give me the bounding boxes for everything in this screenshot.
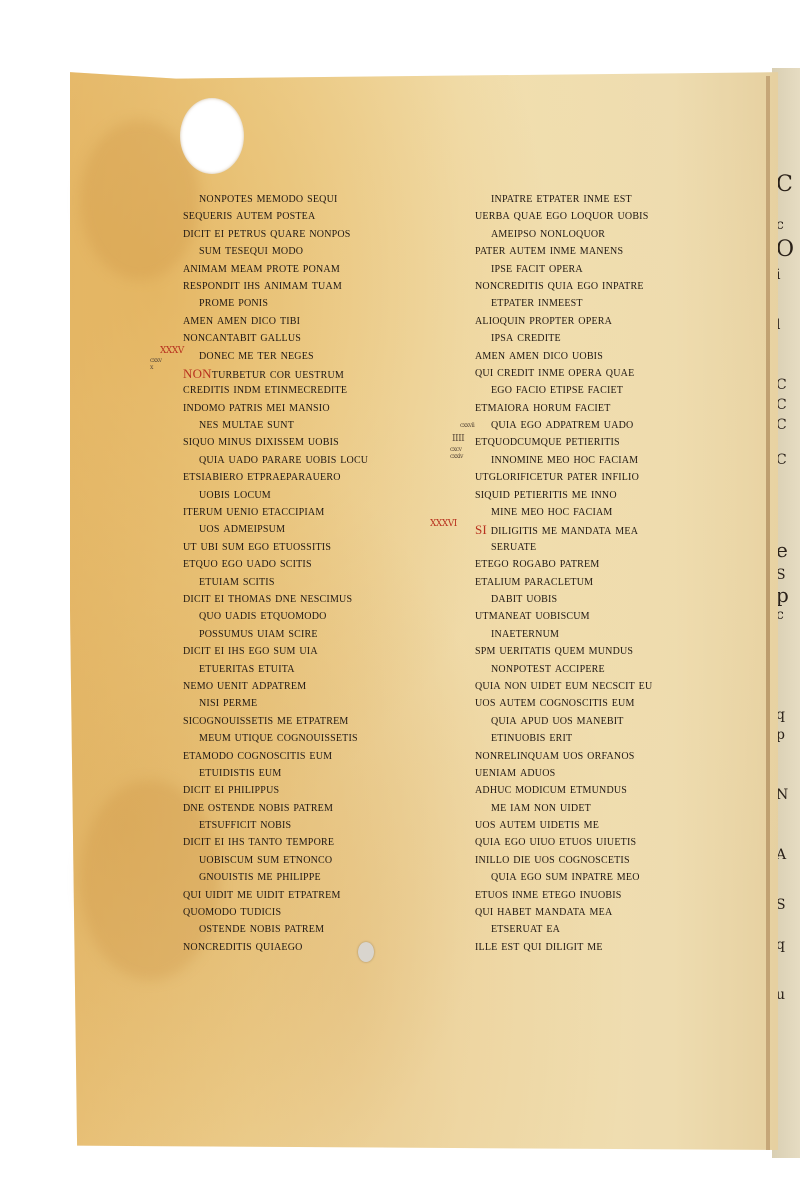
text-line: SUM TESEQUI MODO (183, 242, 368, 259)
text-line: MINE MEO HOC FACIAM (475, 503, 652, 520)
text-line: ETQUO EGO UADO SCITIS (183, 555, 368, 572)
text-line: NONCREDITIS QUIA EGO INPATRE (475, 277, 652, 294)
text-line: UOBISCUM SUM ETNONCO (183, 851, 368, 868)
text-line: QUIA NON UIDET EUM NECSCIT EU (475, 677, 652, 694)
text-line: OSTENDE NOBIS PATREM (183, 920, 368, 937)
text-line: PATER AUTEM INME MANENS (475, 242, 652, 259)
text-line: AMEN AMEN DICO UOBIS (475, 347, 652, 364)
margin-note-section-number: XXXVI (430, 519, 457, 529)
text-line: UTMANEAT UOBISCUM (475, 607, 652, 624)
text-line: NISI PERME (183, 694, 368, 711)
text-line: QUIA EGO UIUO ETUOS UIUETIS (475, 833, 652, 850)
text-line: NONRELINQUAM UOS ORFANOS (475, 747, 652, 764)
text-line: AMEN AMEN DICO TIBI (183, 312, 368, 329)
text-line: NONPOTEST ACCIPERE (475, 660, 652, 677)
text-line: SICOGNOUISSETIS ME ETPATREM (183, 712, 368, 729)
text-line: MEUM UTIQUE COGNOUISSETIS (183, 729, 368, 746)
text-line: QUIA UADO PARARE UOBIS LOCU (183, 451, 368, 468)
text-line: ETALIUM PARACLETUM (475, 573, 652, 590)
text-line: ETUIAM SCITIS (183, 573, 368, 590)
text-line: QUOMODO TUDICIS (183, 903, 368, 920)
text-line: SEQUERIS AUTEM POSTEA (183, 207, 368, 224)
text-line: ETSERUAT EA (475, 920, 652, 937)
next-page-fragment: O (776, 243, 794, 257)
text-line: QUI CREDIT INME OPERA QUAE (475, 364, 652, 381)
parchment-hole (180, 98, 244, 174)
text-line: UOS AUTEM UIDETIS ME (475, 816, 652, 833)
text-line: INNOMINE MEO HOC FACIAM (475, 451, 652, 468)
text-line: QUI UIDIT ME UIDIT ETPATREM (183, 886, 368, 903)
text-column-left: NONPOTES MEMODO SEQUI SEQUERIS AUTEM POS… (183, 190, 368, 955)
text-line: CREDITIS INDM ETINMECREDITE (183, 381, 368, 398)
text-line: INPATRE ETPATER INME EST (475, 190, 652, 207)
text-line: UOS ADMEIPSUM (183, 520, 368, 537)
margin-canon-note: cxxvii (460, 422, 474, 429)
next-page-fragment: C (776, 178, 793, 192)
text-line: ETUOS INME ETEGO INUOBIS (475, 886, 652, 903)
text-column-right: INPATRE ETPATER INME EST UERBA QUAE EGO … (475, 190, 652, 955)
text-line: QUO UADIS ETQUOMODO (183, 607, 368, 624)
text-line: SPM UERITATIS QUEM MUNDUS (475, 642, 652, 659)
text-line: UOS AUTEM COGNOSCITIS EUM (475, 694, 652, 711)
text-line: INILLO DIE UOS COGNOSCETIS (475, 851, 652, 868)
text-line: ALIOQUIN PROPTER OPERA (475, 312, 652, 329)
text-line: AMEIPSO NONLOQUOR (475, 225, 652, 242)
text-line: IPSA CREDITE (475, 329, 652, 346)
text-line: ETMAIORA HORUM FACIET (475, 399, 652, 416)
text-line: ETPATER INMEEST (475, 294, 652, 311)
text-line: ETSIABIERO ETPRAEPARAUERO (183, 468, 368, 485)
text-line: ETINUOBIS ERIT (475, 729, 652, 746)
text-line: NONPOTES MEMODO SEQUI (183, 190, 368, 207)
text-line: DICIT EI PHILIPPUS (183, 781, 368, 798)
text-line-body: TURBETUR COR UESTRUM (212, 366, 344, 382)
text-line: EGO FACIO ETIPSE FACIET (475, 381, 652, 398)
rubric-initial: SI (475, 518, 487, 538)
text-line: NES MULTAE SUNT (183, 416, 368, 433)
text-line: UERBA QUAE EGO LOQUOR UOBIS (475, 207, 652, 224)
text-line: DABIT UOBIS (475, 590, 652, 607)
text-line: QUIA EGO SUM INPATRE MEO (475, 868, 652, 885)
text-line: DICIT EI PETRUS QUARE NONPOS (183, 225, 368, 242)
text-line: ADHUC MODICUM ETMUNDUS (475, 781, 652, 798)
text-line-body: DILIGITIS ME MANDATA MEA (491, 522, 638, 538)
text-line: ETAMODO COGNOSCITIS EUM (183, 747, 368, 764)
text-line: DNE OSTENDE NOBIS PATREM (183, 799, 368, 816)
margin-canon-note: cxcvcxxiv (450, 446, 463, 460)
margin-note-section-number: IIII (452, 434, 464, 444)
text-line: SIQUID PETIERITIS ME INNO (475, 486, 652, 503)
text-line: NONCANTABIT GALLUS (183, 329, 368, 346)
rubric-initial: NON (183, 362, 212, 382)
text-line: ILLE EST QUI DILIGIT ME (475, 938, 652, 955)
text-line: QUIA APUD UOS MANEBIT (475, 712, 652, 729)
text-line: QUIA EGO ADPATREM UADO (475, 416, 652, 433)
margin-note-section-number: XXXV (160, 346, 184, 356)
text-line: SIQUO MINUS DIXISSEM UOBIS (183, 433, 368, 450)
text-line: SERUATE (475, 538, 652, 555)
text-line: ANIMAM MEAM PROTE PONAM (183, 260, 368, 277)
text-line: UT UBI SUM EGO ETUOSSITIS (183, 538, 368, 555)
text-line: ETSUFFICIT NOBIS (183, 816, 368, 833)
text-line: ME IAM NON UIDET (475, 799, 652, 816)
margin-canon-note: cxxvx (150, 357, 162, 371)
text-line: ETUERITAS ETUITA (183, 660, 368, 677)
text-line: ETEGO ROGABO PATREM (475, 555, 652, 572)
text-line: NEMO UENIT ADPATREM (183, 677, 368, 694)
text-line: INDOMO PATRIS MEI MANSIO (183, 399, 368, 416)
binding-gutter (766, 76, 770, 1150)
text-line: NONCREDITIS QUIAEGO (183, 938, 368, 955)
text-line: INAETERNUM (475, 625, 652, 642)
text-line: RESPONDIT IHS ANIMAM TUAM (183, 277, 368, 294)
text-line: UTGLORIFICETUR PATER INFILIO (475, 468, 652, 485)
text-line-rubricated: NONTURBETUR COR UESTRUM (183, 364, 368, 381)
text-line: DICIT EI IHS EGO SUM UIA (183, 642, 368, 659)
text-line: DICIT EI THOMAS DNE NESCIMUS (183, 590, 368, 607)
text-line: QUI HABET MANDATA MEA (475, 903, 652, 920)
text-line: IPSE FACIT OPERA (475, 260, 652, 277)
text-line: ETQUODCUMQUE PETIERITIS (475, 433, 652, 450)
text-line: GNOUISTIS ME PHILIPPE (183, 868, 368, 885)
text-line: UENIAM ADUOS (475, 764, 652, 781)
text-line-rubricated: SI DILIGITIS ME MANDATA MEA (475, 520, 652, 537)
text-line: PROME PONIS (183, 294, 368, 311)
text-line: ITERUM UENIO ETACCIPIAM (183, 503, 368, 520)
text-line: ETUIDISTIS EUM (183, 764, 368, 781)
text-line: UOBIS LOCUM (183, 486, 368, 503)
text-line: DICIT EI IHS TANTO TEMPORE (183, 833, 368, 850)
text-line: POSSUMUS UIAM SCIRE (183, 625, 368, 642)
